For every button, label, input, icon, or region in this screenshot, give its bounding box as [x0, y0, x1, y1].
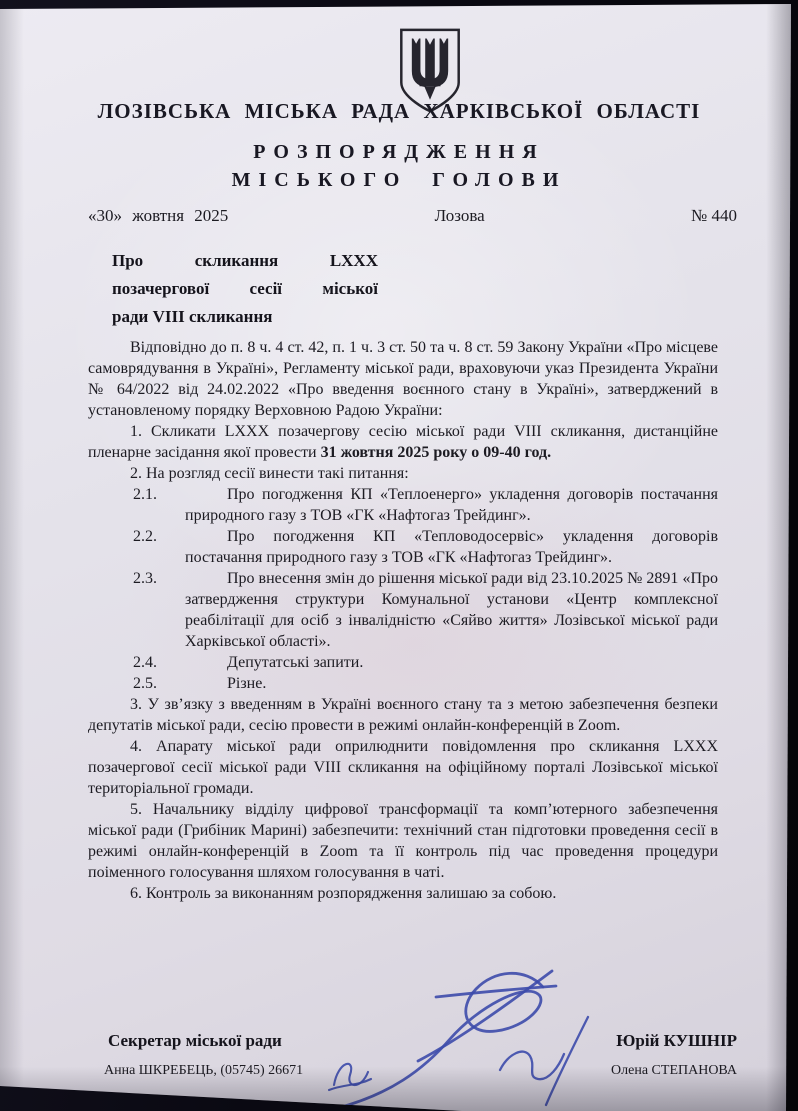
paragraph-item-5: 5. Начальнику відділу цифрової трансформ… — [88, 799, 718, 883]
subject-block: Про скликання LXXX позачергової сесії мі… — [112, 247, 378, 331]
org-name: ЛОЗІВСЬКА МІСЬКА РАДА ХАРКІВСЬКОЇ ОБЛАСТ… — [0, 99, 798, 124]
paragraph-item-4: 4. Апарату міської ради оприлюднити пові… — [88, 736, 718, 799]
subitem-2-2: 2.2. Про погодження КП «Тепловодосервіс»… — [133, 526, 718, 568]
secretary-contact: Анна ШКРЕБЕЦЬ, (05745) 26671 — [104, 1063, 303, 1079]
decree-body: Відповідно до п. 8 ч. 4 ст. 42, п. 1 ч. … — [88, 337, 718, 904]
subject-line: позачергової сесії міської — [112, 275, 378, 303]
subitem-text: Про погодження КП «Тепловодосервіс» укла… — [185, 526, 718, 568]
signature-title-row: Секретар міської ради Юрій КУШНІР — [108, 1031, 737, 1051]
subitem-number: 2.4. — [133, 652, 185, 673]
subitem-2-1: 2.1. Про погодження КП «Теплоенерго» укл… — [133, 484, 718, 526]
subitem-text: Депутатські запити. — [185, 652, 718, 673]
decree-number: № 440 — [691, 206, 737, 226]
subject-line: Про скликання LXXX — [112, 247, 378, 275]
subitem-number: 2.1. — [133, 484, 185, 526]
executor-name: Олена СТЕПАНОВА — [611, 1063, 737, 1079]
paragraph-item-3: 3. У зв’язку з введенням в Україні воєнн… — [88, 694, 718, 736]
signature-contact-row: Анна ШКРЕБЕЦЬ, (05745) 26671 Олена СТЕПА… — [104, 1063, 737, 1079]
decree-date: «30» жовтня 2025 — [88, 206, 228, 226]
paragraph-item-1: 1. Скликати LXXX позачергову сесію міськ… — [88, 421, 718, 463]
subitem-2-3: 2.3. Про внесення змін до рішення місько… — [133, 568, 718, 652]
paper-sheet: ЛОЗІВСЬКА МІСЬКА РАДА ХАРКІВСЬКОЇ ОБЛАСТ… — [0, 0, 798, 1111]
subject-line: ради VIII скликання — [112, 303, 378, 331]
item-1-bold-date: 31 жовтня 2025 року о 09-40 год. — [321, 444, 552, 461]
subitem-text: Про внесення змін до рішення міської рад… — [185, 568, 718, 652]
subitem-number: 2.5. — [133, 673, 185, 694]
subitem-number: 2.2. — [133, 526, 185, 568]
meta-row: «30» жовтня 2025 Лозова № 440 — [88, 206, 737, 226]
paragraph-intro: Відповідно до п. 8 ч. 4 ст. 42, п. 1 ч. … — [88, 337, 718, 421]
subitem-2-4: 2.4. Депутатські запити. — [133, 652, 718, 673]
doc-type-title: РОЗПОРЯДЖЕННЯ — [0, 141, 798, 164]
subitem-number: 2.3. — [133, 568, 185, 652]
decree-place: Лозова — [435, 206, 485, 226]
mayor-name: Юрій КУШНІР — [616, 1031, 737, 1051]
subitem-text: Різне. — [185, 673, 718, 694]
document-photo: ЛОЗІВСЬКА МІСЬКА РАДА ХАРКІВСЬКОЇ ОБЛАСТ… — [0, 0, 798, 1111]
secretary-title: Секретар міської ради — [108, 1031, 282, 1051]
subitem-2-5: 2.5. Різне. — [133, 673, 718, 694]
subitem-text: Про погодження КП «Теплоенерго» укладенн… — [185, 484, 718, 526]
paragraph-item-6: 6. Контроль за виконанням розпорядження … — [88, 883, 718, 904]
paragraph-item-2: 2. На розгляд сесії винести такі питання… — [88, 463, 718, 484]
doc-subtype-title: МІСЬКОГО ГОЛОВИ — [0, 169, 798, 192]
